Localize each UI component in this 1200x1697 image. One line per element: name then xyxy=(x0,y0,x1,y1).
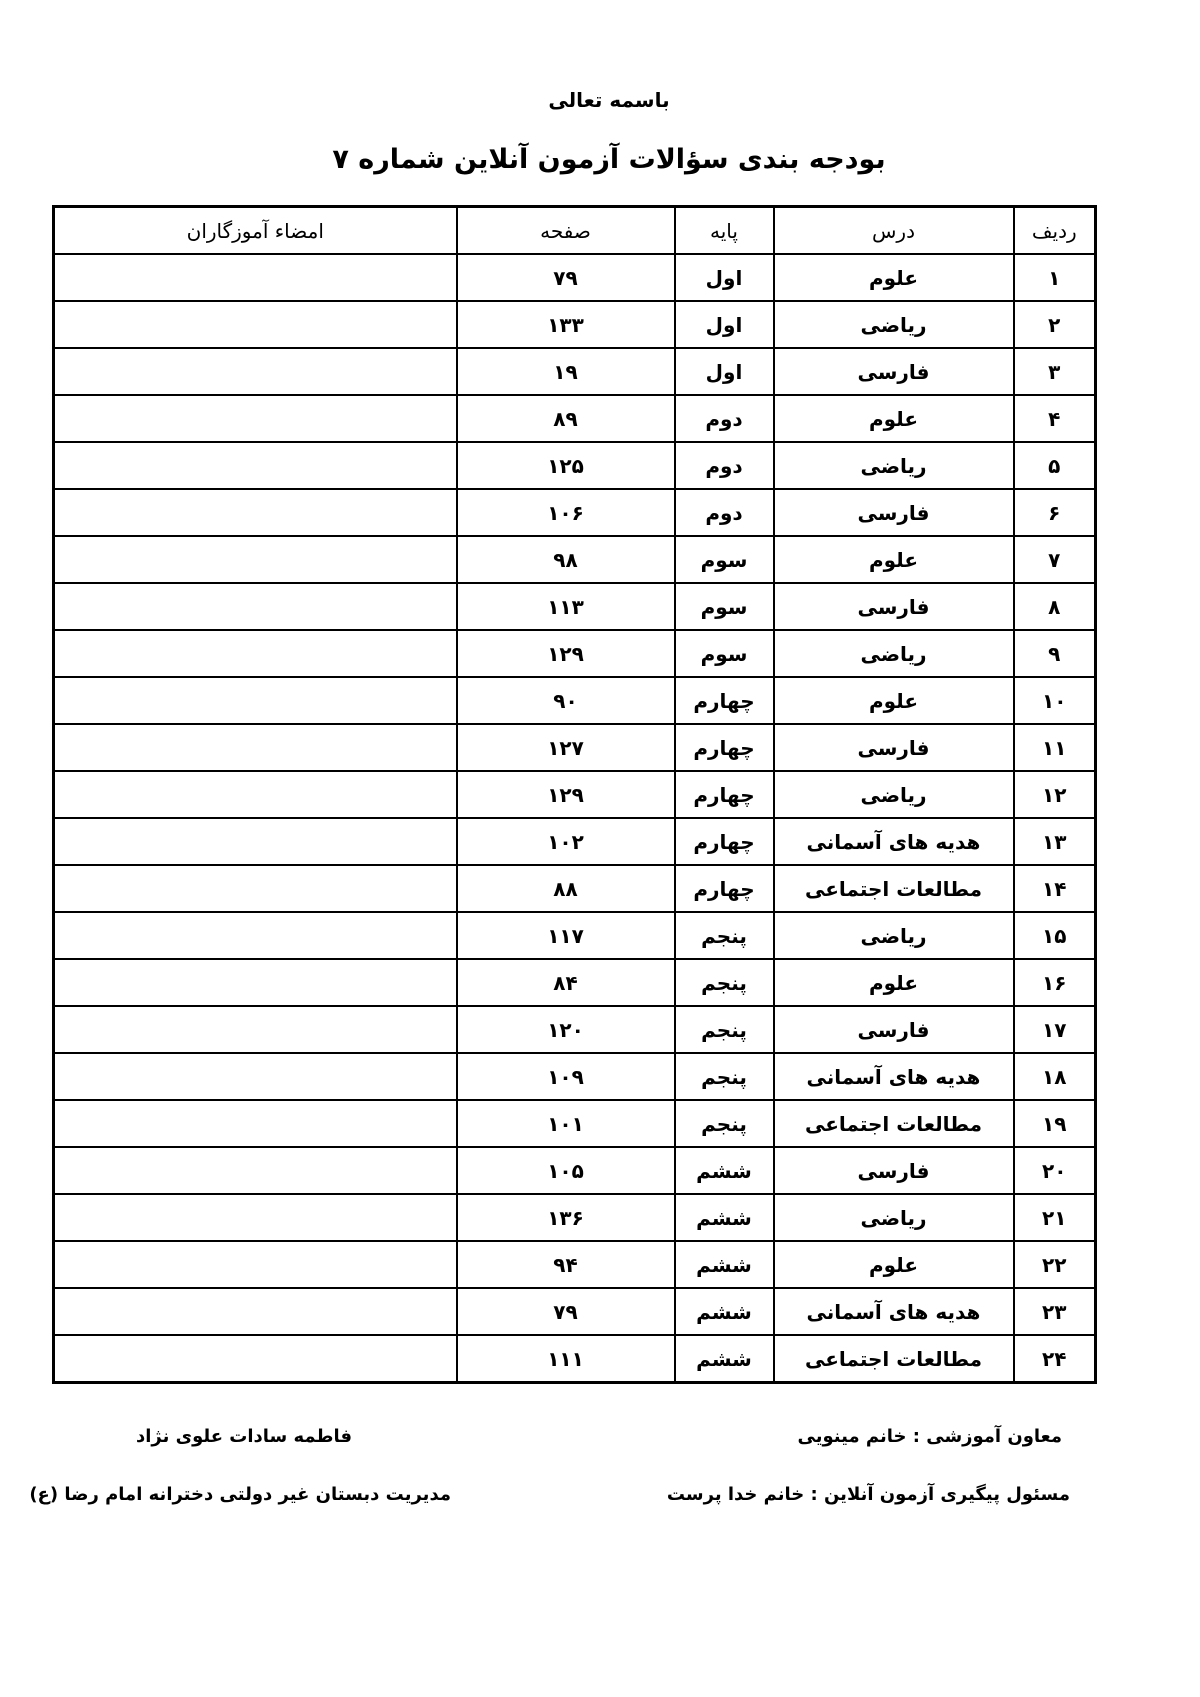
table-row: ۱۳هدیه های آسمانیچهارم۱۰۲ xyxy=(54,818,1096,865)
table-row: ۱۷فارسیپنجم۱۲۰ xyxy=(54,1006,1096,1053)
cell-grade: چهارم xyxy=(675,771,774,818)
table-row: ۱۶علومپنجم۸۴ xyxy=(54,959,1096,1006)
cell-row-number: ۸ xyxy=(1014,583,1096,630)
cell-subject: فارسی xyxy=(774,1006,1014,1053)
cell-teacher-signature xyxy=(54,677,457,724)
cell-grade: سوم xyxy=(675,536,774,583)
column-header-grade: پایه xyxy=(675,207,774,255)
table-row: ۱۸هدیه های آسمانیپنجم۱۰۹ xyxy=(54,1053,1096,1100)
cell-row-number: ۲۰ xyxy=(1014,1147,1096,1194)
cell-row-number: ۱۵ xyxy=(1014,912,1096,959)
cell-grade: ششم xyxy=(675,1147,774,1194)
cell-grade: اول xyxy=(675,348,774,395)
cell-row-number: ۳ xyxy=(1014,348,1096,395)
cell-row-number: ۱۷ xyxy=(1014,1006,1096,1053)
cell-teacher-signature xyxy=(54,301,457,348)
exam-budget-table: ردیف درس پایه صفحه امضاء آموزگاران ۱علوم… xyxy=(52,205,1097,1384)
cell-teacher-signature xyxy=(54,1053,457,1100)
cell-teacher-signature xyxy=(54,1147,457,1194)
cell-teacher-signature xyxy=(54,536,457,583)
cell-subject: فارسی xyxy=(774,583,1014,630)
cell-page: ۱۲۹ xyxy=(457,771,675,818)
cell-page: ۱۳۳ xyxy=(457,301,675,348)
cell-grade: چهارم xyxy=(675,677,774,724)
column-header-subject: درس xyxy=(774,207,1014,255)
cell-teacher-signature xyxy=(54,630,457,677)
cell-grade: چهارم xyxy=(675,865,774,912)
cell-teacher-signature xyxy=(54,724,457,771)
cell-page: ۱۲۵ xyxy=(457,442,675,489)
cell-page: ۸۸ xyxy=(457,865,675,912)
cell-page: ۱۰۵ xyxy=(457,1147,675,1194)
cell-row-number: ۱۴ xyxy=(1014,865,1096,912)
cell-grade: ششم xyxy=(675,1335,774,1383)
cell-teacher-signature xyxy=(54,1241,457,1288)
cell-row-number: ۲۴ xyxy=(1014,1335,1096,1383)
cell-subject: فارسی xyxy=(774,348,1014,395)
cell-page: ۸۹ xyxy=(457,395,675,442)
cell-subject: مطالعات اجتماعی xyxy=(774,865,1014,912)
table-row: ۳فارسیاول۱۹ xyxy=(54,348,1096,395)
cell-row-number: ۲۳ xyxy=(1014,1288,1096,1335)
cell-subject: علوم xyxy=(774,254,1014,301)
table-row: ۱۲ریاضیچهارم۱۲۹ xyxy=(54,771,1096,818)
principal-title: مدیریت دبستان غیر دولتی دخترانه امام رضا… xyxy=(29,1484,451,1505)
cell-grade: چهارم xyxy=(675,818,774,865)
cell-subject: هدیه های آسمانی xyxy=(774,1288,1014,1335)
cell-page: ۱۱۳ xyxy=(457,583,675,630)
table-row: ۵ریاضیدوم۱۲۵ xyxy=(54,442,1096,489)
cell-teacher-signature xyxy=(54,959,457,1006)
cell-subject: علوم xyxy=(774,536,1014,583)
column-header-teacher-signature: امضاء آموزگاران xyxy=(54,207,457,255)
cell-subject: ریاضی xyxy=(774,301,1014,348)
cell-teacher-signature xyxy=(54,1194,457,1241)
cell-row-number: ۱۹ xyxy=(1014,1100,1096,1147)
cell-teacher-signature xyxy=(54,818,457,865)
table-row: ۲ریاضیاول۱۳۳ xyxy=(54,301,1096,348)
cell-subject: ریاضی xyxy=(774,912,1014,959)
table-row: ۲۳هدیه های آسمانیششم۷۹ xyxy=(54,1288,1096,1335)
cell-grade: ششم xyxy=(675,1288,774,1335)
cell-grade: ششم xyxy=(675,1241,774,1288)
cell-page: ۱۰۲ xyxy=(457,818,675,865)
cell-subject: فارسی xyxy=(774,1147,1014,1194)
cell-page: ۱۰۹ xyxy=(457,1053,675,1100)
table-row: ۱۵ریاضیپنجم۱۱۷ xyxy=(54,912,1096,959)
cell-subject: علوم xyxy=(774,395,1014,442)
table-row: ۲۰فارسیششم۱۰۵ xyxy=(54,1147,1096,1194)
cell-teacher-signature xyxy=(54,395,457,442)
cell-grade: پنجم xyxy=(675,1006,774,1053)
table-body: ۱علوماول۷۹۲ریاضیاول۱۳۳۳فارسیاول۱۹۴علومدو… xyxy=(54,254,1096,1383)
cell-row-number: ۴ xyxy=(1014,395,1096,442)
cell-grade: چهارم xyxy=(675,724,774,771)
table-row: ۲۱ریاضیششم۱۳۶ xyxy=(54,1194,1096,1241)
cell-row-number: ۱۸ xyxy=(1014,1053,1096,1100)
cell-teacher-signature xyxy=(54,1006,457,1053)
cell-page: ۱۳۶ xyxy=(457,1194,675,1241)
table-row: ۸فارسیسوم۱۱۳ xyxy=(54,583,1096,630)
cell-page: ۹۴ xyxy=(457,1241,675,1288)
cell-row-number: ۱۳ xyxy=(1014,818,1096,865)
cell-grade: پنجم xyxy=(675,912,774,959)
table-row: ۱۱فارسیچهارم۱۲۷ xyxy=(54,724,1096,771)
cell-subject: مطالعات اجتماعی xyxy=(774,1335,1014,1383)
cell-page: ۱۱۷ xyxy=(457,912,675,959)
cell-teacher-signature xyxy=(54,1100,457,1147)
cell-row-number: ۱۰ xyxy=(1014,677,1096,724)
cell-page: ۱۱۱ xyxy=(457,1335,675,1383)
cell-subject: علوم xyxy=(774,677,1014,724)
cell-page: ۱۲۷ xyxy=(457,724,675,771)
cell-subject: فارسی xyxy=(774,724,1014,771)
cell-teacher-signature xyxy=(54,254,457,301)
table-row: ۲۴مطالعات اجتماعیششم۱۱۱ xyxy=(54,1335,1096,1383)
cell-subject: فارسی xyxy=(774,489,1014,536)
column-header-page: صفحه xyxy=(457,207,675,255)
cell-grade: پنجم xyxy=(675,1053,774,1100)
cell-row-number: ۱۲ xyxy=(1014,771,1096,818)
cell-grade: اول xyxy=(675,254,774,301)
table-row: ۶فارسیدوم۱۰۶ xyxy=(54,489,1096,536)
cell-teacher-signature xyxy=(54,771,457,818)
cell-page: ۱۰۱ xyxy=(457,1100,675,1147)
cell-row-number: ۶ xyxy=(1014,489,1096,536)
table-row: ۲۲علومششم۹۴ xyxy=(54,1241,1096,1288)
cell-grade: ششم xyxy=(675,1194,774,1241)
table-row: ۴علومدوم۸۹ xyxy=(54,395,1096,442)
cell-teacher-signature xyxy=(54,912,457,959)
cell-row-number: ۱۶ xyxy=(1014,959,1096,1006)
cell-teacher-signature xyxy=(54,865,457,912)
principal-name: فاطمه سادات علوی نژاد xyxy=(136,1426,352,1447)
cell-grade: دوم xyxy=(675,442,774,489)
table-row: ۱۹مطالعات اجتماعیپنجم۱۰۱ xyxy=(54,1100,1096,1147)
cell-grade: دوم xyxy=(675,395,774,442)
cell-row-number: ۹ xyxy=(1014,630,1096,677)
cell-page: ۱۹ xyxy=(457,348,675,395)
cell-row-number: ۲۲ xyxy=(1014,1241,1096,1288)
column-header-row-number: ردیف xyxy=(1014,207,1096,255)
bismillah-heading: باسمه تعالی xyxy=(0,88,1200,112)
cell-teacher-signature xyxy=(54,489,457,536)
online-exam-supervisor: مسئول پیگیری آزمون آنلاین : خانم خدا پرس… xyxy=(667,1484,1070,1505)
cell-row-number: ۷ xyxy=(1014,536,1096,583)
cell-subject: علوم xyxy=(774,959,1014,1006)
cell-teacher-signature xyxy=(54,348,457,395)
cell-subject: مطالعات اجتماعی xyxy=(774,1100,1014,1147)
cell-grade: سوم xyxy=(675,630,774,677)
cell-subject: هدیه های آسمانی xyxy=(774,1053,1014,1100)
cell-teacher-signature xyxy=(54,583,457,630)
table-row: ۱۴مطالعات اجتماعیچهارم۸۸ xyxy=(54,865,1096,912)
cell-page: ۱۰۶ xyxy=(457,489,675,536)
cell-teacher-signature xyxy=(54,1288,457,1335)
cell-grade: سوم xyxy=(675,583,774,630)
cell-subject: ریاضی xyxy=(774,1194,1014,1241)
educational-deputy: معاون آموزشی : خانم مینویی xyxy=(798,1426,1062,1447)
cell-teacher-signature xyxy=(54,1335,457,1383)
cell-subject: ریاضی xyxy=(774,630,1014,677)
page-title: بودجه بندی سؤالات آزمون آنلاین شماره ۷ xyxy=(0,144,1200,175)
cell-row-number: ۱۱ xyxy=(1014,724,1096,771)
cell-grade: پنجم xyxy=(675,1100,774,1147)
document-page: باسمه تعالی بودجه بندی سؤالات آزمون آنلا… xyxy=(0,0,1200,1697)
cell-page: ۱۲۰ xyxy=(457,1006,675,1053)
cell-row-number: ۱ xyxy=(1014,254,1096,301)
table-row: ۹ریاضیسوم۱۲۹ xyxy=(54,630,1096,677)
cell-page: ۷۹ xyxy=(457,254,675,301)
table-row: ۷علومسوم۹۸ xyxy=(54,536,1096,583)
cell-subject: ریاضی xyxy=(774,442,1014,489)
cell-teacher-signature xyxy=(54,442,457,489)
cell-grade: پنجم xyxy=(675,959,774,1006)
cell-subject: هدیه های آسمانی xyxy=(774,818,1014,865)
cell-page: ۱۲۹ xyxy=(457,630,675,677)
cell-grade: دوم xyxy=(675,489,774,536)
cell-page: ۸۴ xyxy=(457,959,675,1006)
cell-page: ۹۸ xyxy=(457,536,675,583)
cell-page: ۷۹ xyxy=(457,1288,675,1335)
cell-subject: علوم xyxy=(774,1241,1014,1288)
cell-row-number: ۵ xyxy=(1014,442,1096,489)
cell-row-number: ۲ xyxy=(1014,301,1096,348)
table-row: ۱علوماول۷۹ xyxy=(54,254,1096,301)
table-row: ۱۰علومچهارم۹۰ xyxy=(54,677,1096,724)
table-header-row: ردیف درس پایه صفحه امضاء آموزگاران xyxy=(54,207,1096,255)
cell-page: ۹۰ xyxy=(457,677,675,724)
cell-subject: ریاضی xyxy=(774,771,1014,818)
cell-grade: اول xyxy=(675,301,774,348)
cell-row-number: ۲۱ xyxy=(1014,1194,1096,1241)
